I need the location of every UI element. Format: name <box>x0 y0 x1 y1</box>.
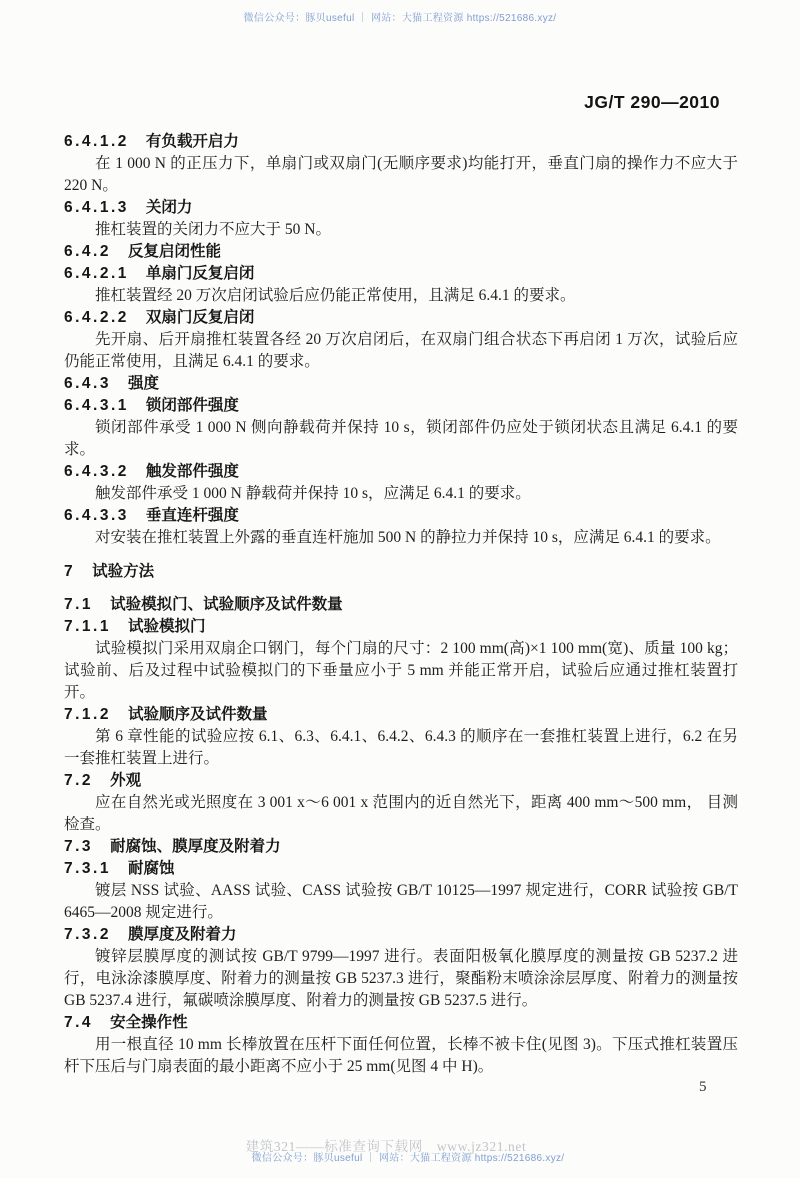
section-heading-6.4.3.1: 6.4.3.1锁闭部件强度 <box>64 395 738 417</box>
section-title: 外观 <box>110 772 141 789</box>
paragraph: 触发部件承受 1 000 N 静载荷并保持 10 s，应满足 6.4.1 的要求… <box>64 483 738 505</box>
paragraph: 应在自然光或光照度在 3 001 x～6 001 x 范围内的近自然光下，距离 … <box>64 792 738 836</box>
section-number: 7.3 <box>64 838 93 855</box>
section-number: 6.4.3.1 <box>64 397 129 414</box>
section-title: 试验模拟门 <box>128 618 206 635</box>
paragraph: 对安装在推杠装置上外露的垂直连杆施加 500 N 的静拉力并保持 10 s，应满… <box>64 527 738 549</box>
paragraph: 第 6 章性能的试验应按 6.1、6.3、6.4.1、6.4.2、6.4.3 的… <box>64 726 738 770</box>
watermark-bottom-blue: 微信公众号：豚贝useful ｜ 网站：大猫工程资源 https://52168… <box>16 1149 800 1164</box>
standard-number: JG/T 290—2010 <box>584 92 720 113</box>
section-heading-7: 7试验方法 <box>64 561 738 583</box>
section-number: 6.4.1.2 <box>64 133 129 150</box>
section-title: 试验方法 <box>92 563 154 580</box>
section-heading-6.4.3.2: 6.4.3.2触发部件强度 <box>64 461 738 483</box>
section-title: 触发部件强度 <box>146 463 239 480</box>
section-number: 7.4 <box>64 1014 93 1031</box>
paragraph: 镀锌层膜厚度的测试按 GB/T 9799—1997 进行。表面阳极氧化膜厚度的测… <box>64 946 738 1012</box>
section-number: 6.4.3.2 <box>64 463 129 480</box>
section-heading-7.3.1: 7.3.1耐腐蚀 <box>64 858 738 880</box>
section-heading-7.3.2: 7.3.2膜厚度及附着力 <box>64 924 738 946</box>
section-number: 6.4.3 <box>64 375 111 392</box>
section-number: 6.4.2.1 <box>64 265 129 282</box>
document-content: 6.4.1.2有负载开启力在 1 000 N 的正压力下，单扇门或双扇门(无顺序… <box>64 131 738 1078</box>
section-number: 7.1 <box>64 596 93 613</box>
section-heading-7.3: 7.3耐腐蚀、膜厚度及附着力 <box>64 836 738 858</box>
section-title: 双扇门反复启闭 <box>146 309 255 326</box>
section-title: 耐腐蚀、膜厚度及附着力 <box>110 838 281 855</box>
section-heading-7.1.1: 7.1.1试验模拟门 <box>64 616 738 638</box>
section-title: 安全操作性 <box>110 1014 188 1031</box>
section-heading-6.4.3: 6.4.3强度 <box>64 373 738 395</box>
section-title: 反复启闭性能 <box>128 243 221 260</box>
section-heading-6.4.3.3: 6.4.3.3垂直连杆强度 <box>64 505 738 527</box>
section-heading-7.4: 7.4安全操作性 <box>64 1012 738 1034</box>
section-title: 关闭力 <box>146 199 193 216</box>
section-heading-6.4.2.2: 6.4.2.2双扇门反复启闭 <box>64 307 738 329</box>
section-number: 7.1.1 <box>64 618 111 635</box>
section-heading-6.4.1.2: 6.4.1.2有负载开启力 <box>64 131 738 153</box>
section-title: 锁闭部件强度 <box>146 397 239 414</box>
page-number: 5 <box>699 1079 707 1096</box>
section-number: 6.4.2 <box>64 243 111 260</box>
section-title: 垂直连杆强度 <box>146 507 239 524</box>
section-heading-6.4.2: 6.4.2反复启闭性能 <box>64 241 738 263</box>
document-page: 微信公众号：豚贝useful ｜ 网站：大猫工程资源 https://52168… <box>0 0 800 1178</box>
paragraph: 先开扇、后开扇推杠装置各经 20 万次启闭后，在双扇门组合状态下再启闭 1 万次… <box>64 329 738 373</box>
paragraph: 推杠装置的关闭力不应大于 50 N。 <box>64 219 738 241</box>
paragraph: 推杠装置经 20 万次启闭试验后应仍能正常使用，且满足 6.4.1 的要求。 <box>64 285 738 307</box>
section-heading-7.1.2: 7.1.2试验顺序及试件数量 <box>64 704 738 726</box>
section-heading-6.4.1.3: 6.4.1.3关闭力 <box>64 197 738 219</box>
section-heading-7.2: 7.2外观 <box>64 770 738 792</box>
section-title: 试验顺序及试件数量 <box>128 706 268 723</box>
section-number: 6.4.3.3 <box>64 507 129 524</box>
section-number: 7.3.2 <box>64 926 111 943</box>
section-title: 膜厚度及附着力 <box>128 926 237 943</box>
paragraph: 试验模拟门采用双扇企口钢门，每个门扇的尺寸：2 100 mm(高)×1 100 … <box>64 638 738 704</box>
section-number: 7 <box>64 563 75 580</box>
watermark-top: 微信公众号：豚贝useful ｜ 网站：大猫工程资源 https://52168… <box>0 9 800 24</box>
paragraph: 在 1 000 N 的正压力下，单扇门或双扇门(无顺序要求)均能打开，垂直门扇的… <box>64 153 738 197</box>
section-number: 7.3.1 <box>64 860 111 877</box>
section-number: 6.4.2.2 <box>64 309 129 326</box>
section-title: 单扇门反复启闭 <box>146 265 255 282</box>
section-title: 耐腐蚀 <box>128 860 175 877</box>
section-title: 有负载开启力 <box>146 133 239 150</box>
section-heading-7.1: 7.1试验模拟门、试验顺序及试件数量 <box>64 594 738 616</box>
section-heading-6.4.2.1: 6.4.2.1单扇门反复启闭 <box>64 263 738 285</box>
section-title: 强度 <box>128 375 159 392</box>
section-number: 7.2 <box>64 772 93 789</box>
section-number: 6.4.1.3 <box>64 199 129 216</box>
paragraph: 镀层 NSS 试验、AASS 试验、CASS 试验按 GB/T 10125—19… <box>64 880 738 924</box>
section-title: 试验模拟门、试验顺序及试件数量 <box>110 596 343 613</box>
paragraph: 锁闭部件承受 1 000 N 侧向静载荷并保持 10 s，锁闭部件仍应处于锁闭状… <box>64 417 738 461</box>
section-number: 7.1.2 <box>64 706 111 723</box>
paragraph: 用一根直径 10 mm 长棒放置在压杆下面任何位置，长棒不被卡住(见图 3)。下… <box>64 1034 738 1078</box>
